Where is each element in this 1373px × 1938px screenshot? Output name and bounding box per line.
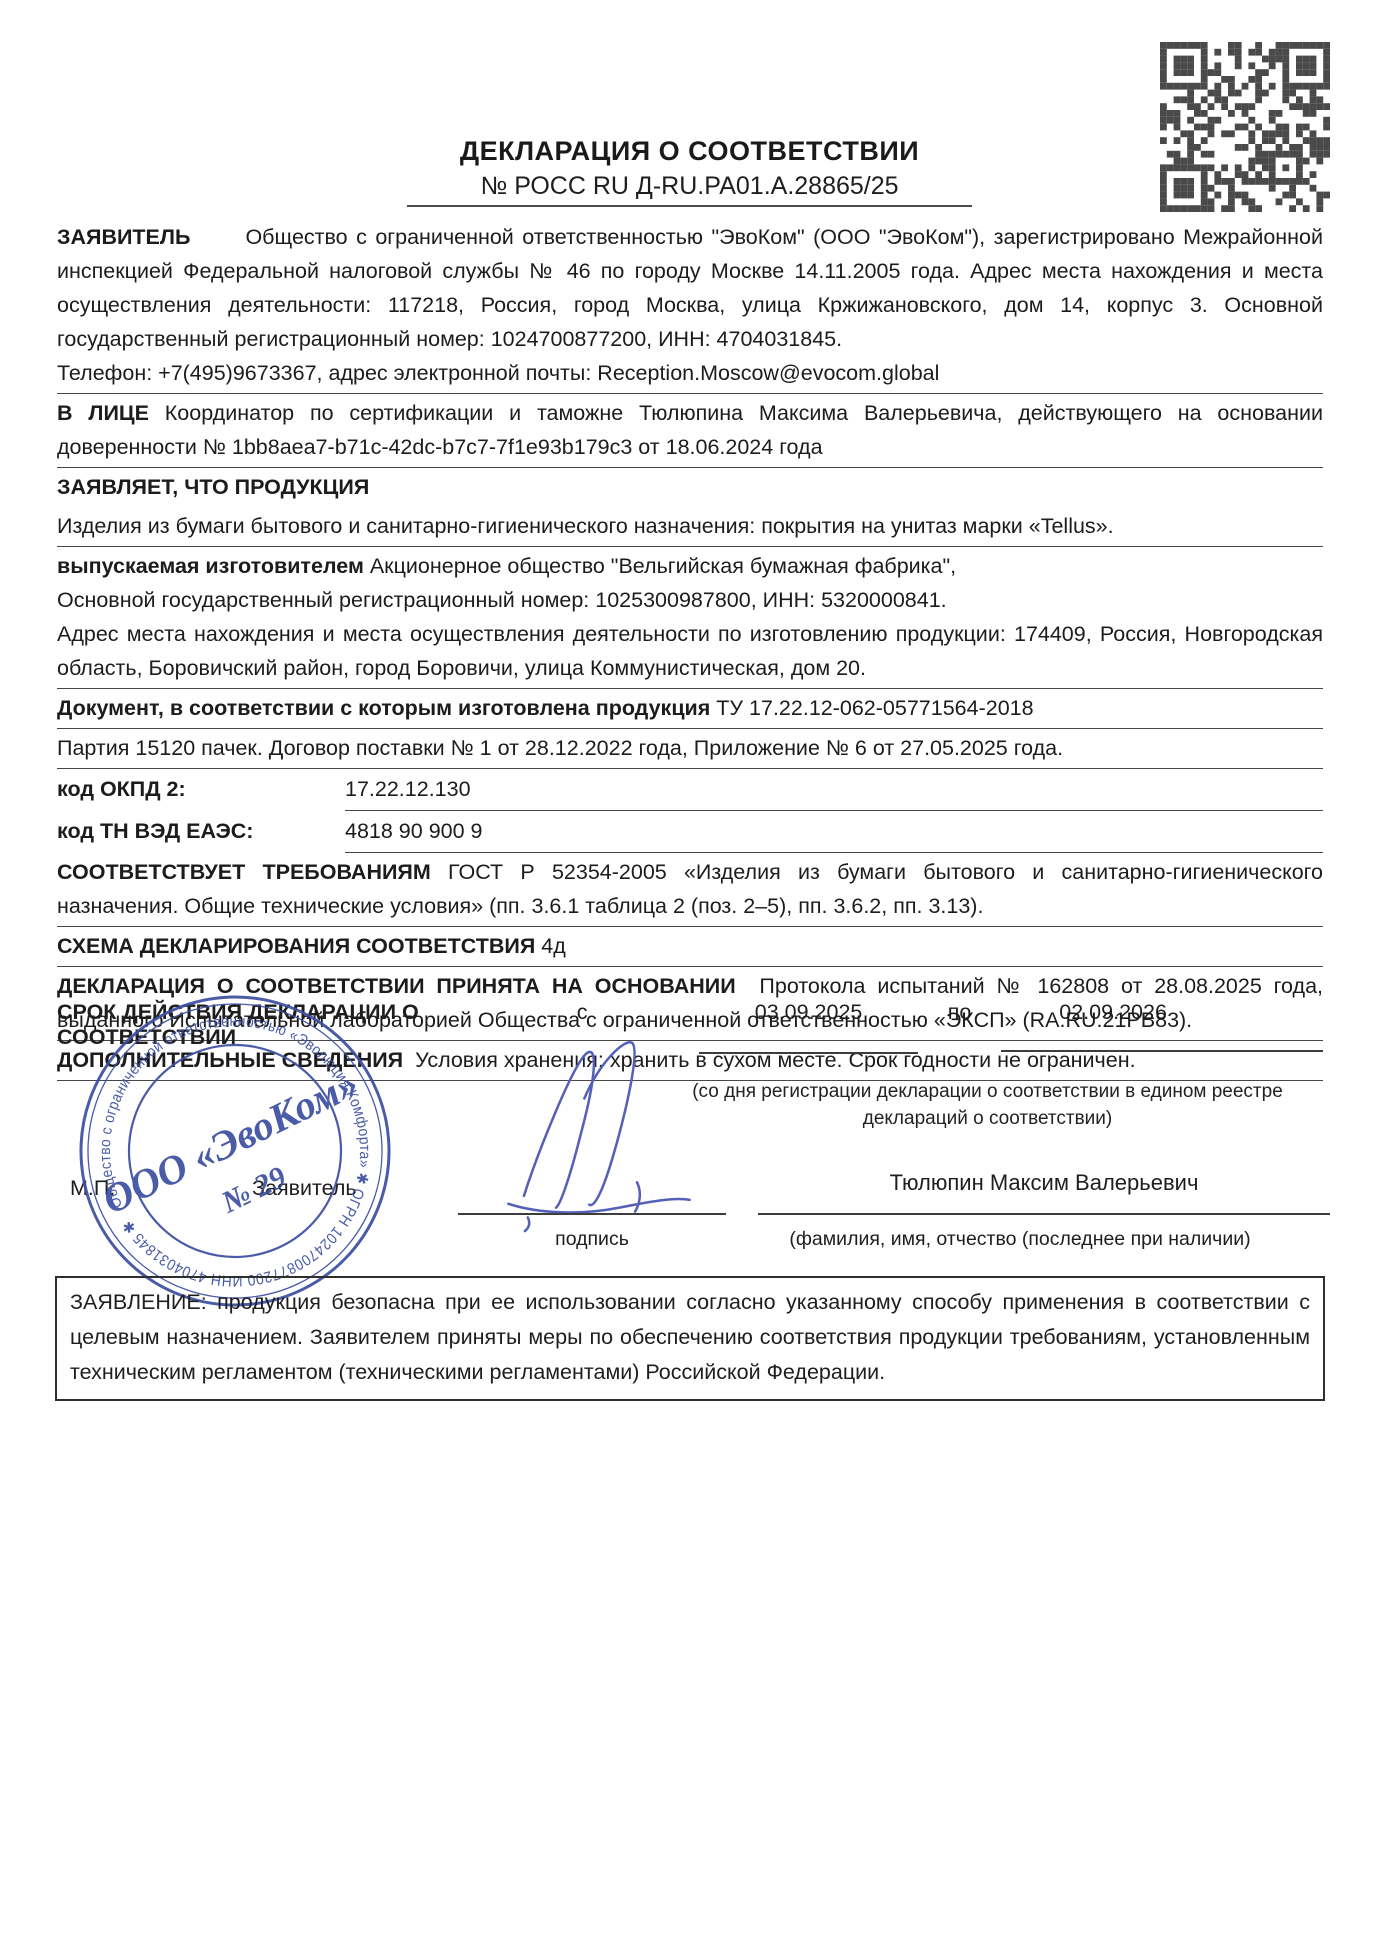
name-line (758, 1213, 1330, 1215)
product-row: Изделия из бумаги бытового и санитарно-г… (57, 507, 1323, 547)
applicant-text: Общество с ограниченной ответственностью… (57, 225, 1323, 351)
manufacturer-ogrn: Основной государственный регистрационный… (57, 583, 1323, 617)
okpd-value: 17.22.12.130 (345, 772, 1323, 811)
person-text: Координатор по сертификации и таможне Тю… (57, 401, 1323, 459)
tnved-row: код ТН ВЭД ЕАЭС: 4818 90 900 9 (57, 811, 1323, 853)
applicant-contacts: Телефон: +7(495)9673367, адрес электронн… (57, 356, 1323, 390)
declaration-number-wrap: № РОСС RU Д-RU.РА01.А.28865/25 (57, 172, 1322, 207)
basis-label: ДЕКЛАРАЦИЯ О СООТВЕТСТВИИ ПРИНЯТА НА ОСН… (57, 974, 736, 998)
person-section: В ЛИЦЕ Координатор по сертификации и там… (57, 394, 1323, 468)
applicant-section: ЗАЯВИТЕЛЬОбщество с ограниченной ответст… (57, 218, 1323, 394)
manufacturer-name: Акционерное общество "Вельгийская бумажн… (370, 554, 956, 578)
complies-section: СООТВЕТСТВУЕТ ТРЕБОВАНИЯМ ГОСТ Р 52354-2… (57, 853, 1323, 927)
signature-line (458, 1213, 726, 1215)
manufacturer-label: выпускаемая изготовителем (57, 554, 364, 578)
declares-heading: ЗАЯВЛЯЕТ, ЧТО ПРОДУКЦИЯ (57, 468, 1323, 507)
scheme-value: 4д (541, 934, 566, 958)
batch-row: Партия 15120 пачек. Договор поставки № 1… (57, 729, 1323, 769)
document-row: Документ, в соответствии с которым изгот… (57, 689, 1323, 729)
person-label: В ЛИЦЕ (57, 401, 149, 425)
name-caption: (фамилия, имя, отчество (последнее при н… (700, 1228, 1340, 1251)
applicant-label: ЗАЯВИТЕЛЬ (57, 225, 245, 249)
signature-scribble (448, 1038, 748, 1233)
statement-box: ЗАЯВЛЕНИЕ: продукция безопасна при ее ис… (55, 1276, 1325, 1401)
document-value: ТУ 17.22.12-062-05771564-2018 (716, 696, 1033, 720)
tnved-label: код ТН ВЭД ЕАЭС: (57, 814, 345, 853)
product-text: Изделия из бумаги бытового и санитарно-г… (57, 514, 1114, 538)
tnved-value: 4818 90 900 9 (345, 814, 1323, 853)
signer-name: Тюлюпин Максим Валерьевич (758, 1170, 1330, 1196)
complies-label: СООТВЕТСТВУЕТ ТРЕБОВАНИЯМ (57, 860, 431, 884)
validity-date-to: 02.09.2026 (1001, 1000, 1323, 1052)
signature-caption: подпись (458, 1228, 726, 1251)
page-title: ДЕКЛАРАЦИЯ О СООТВЕТСТВИИ (57, 136, 1322, 167)
declaration-document: ДЕКЛАРАЦИЯ О СООТВЕТСТВИИ № РОСС RU Д-RU… (0, 0, 1373, 1938)
okpd-label: код ОКПД 2: (57, 772, 345, 811)
declaration-number: № РОСС RU Д-RU.РА01.А.28865/25 (407, 172, 972, 207)
manufacturer-address: Адрес места нахождения и места осуществл… (57, 617, 1323, 685)
statement-label: ЗАЯВЛЕНИЕ: (70, 1290, 207, 1314)
document-label: Документ, в соответствии с которым изгот… (57, 696, 710, 720)
validity-to-word: по (948, 1000, 972, 1025)
statement-text: продукция безопасна при ее использовании… (70, 1290, 1310, 1384)
validity-from-word: с (577, 1000, 588, 1025)
manufacturer-section: выпускаемая изготовителем Акционерное об… (57, 547, 1323, 689)
okpd-row: код ОКПД 2: 17.22.12.130 (57, 769, 1323, 811)
declaration-body: ЗАЯВИТЕЛЬОбщество с ограниченной ответст… (57, 218, 1323, 1081)
